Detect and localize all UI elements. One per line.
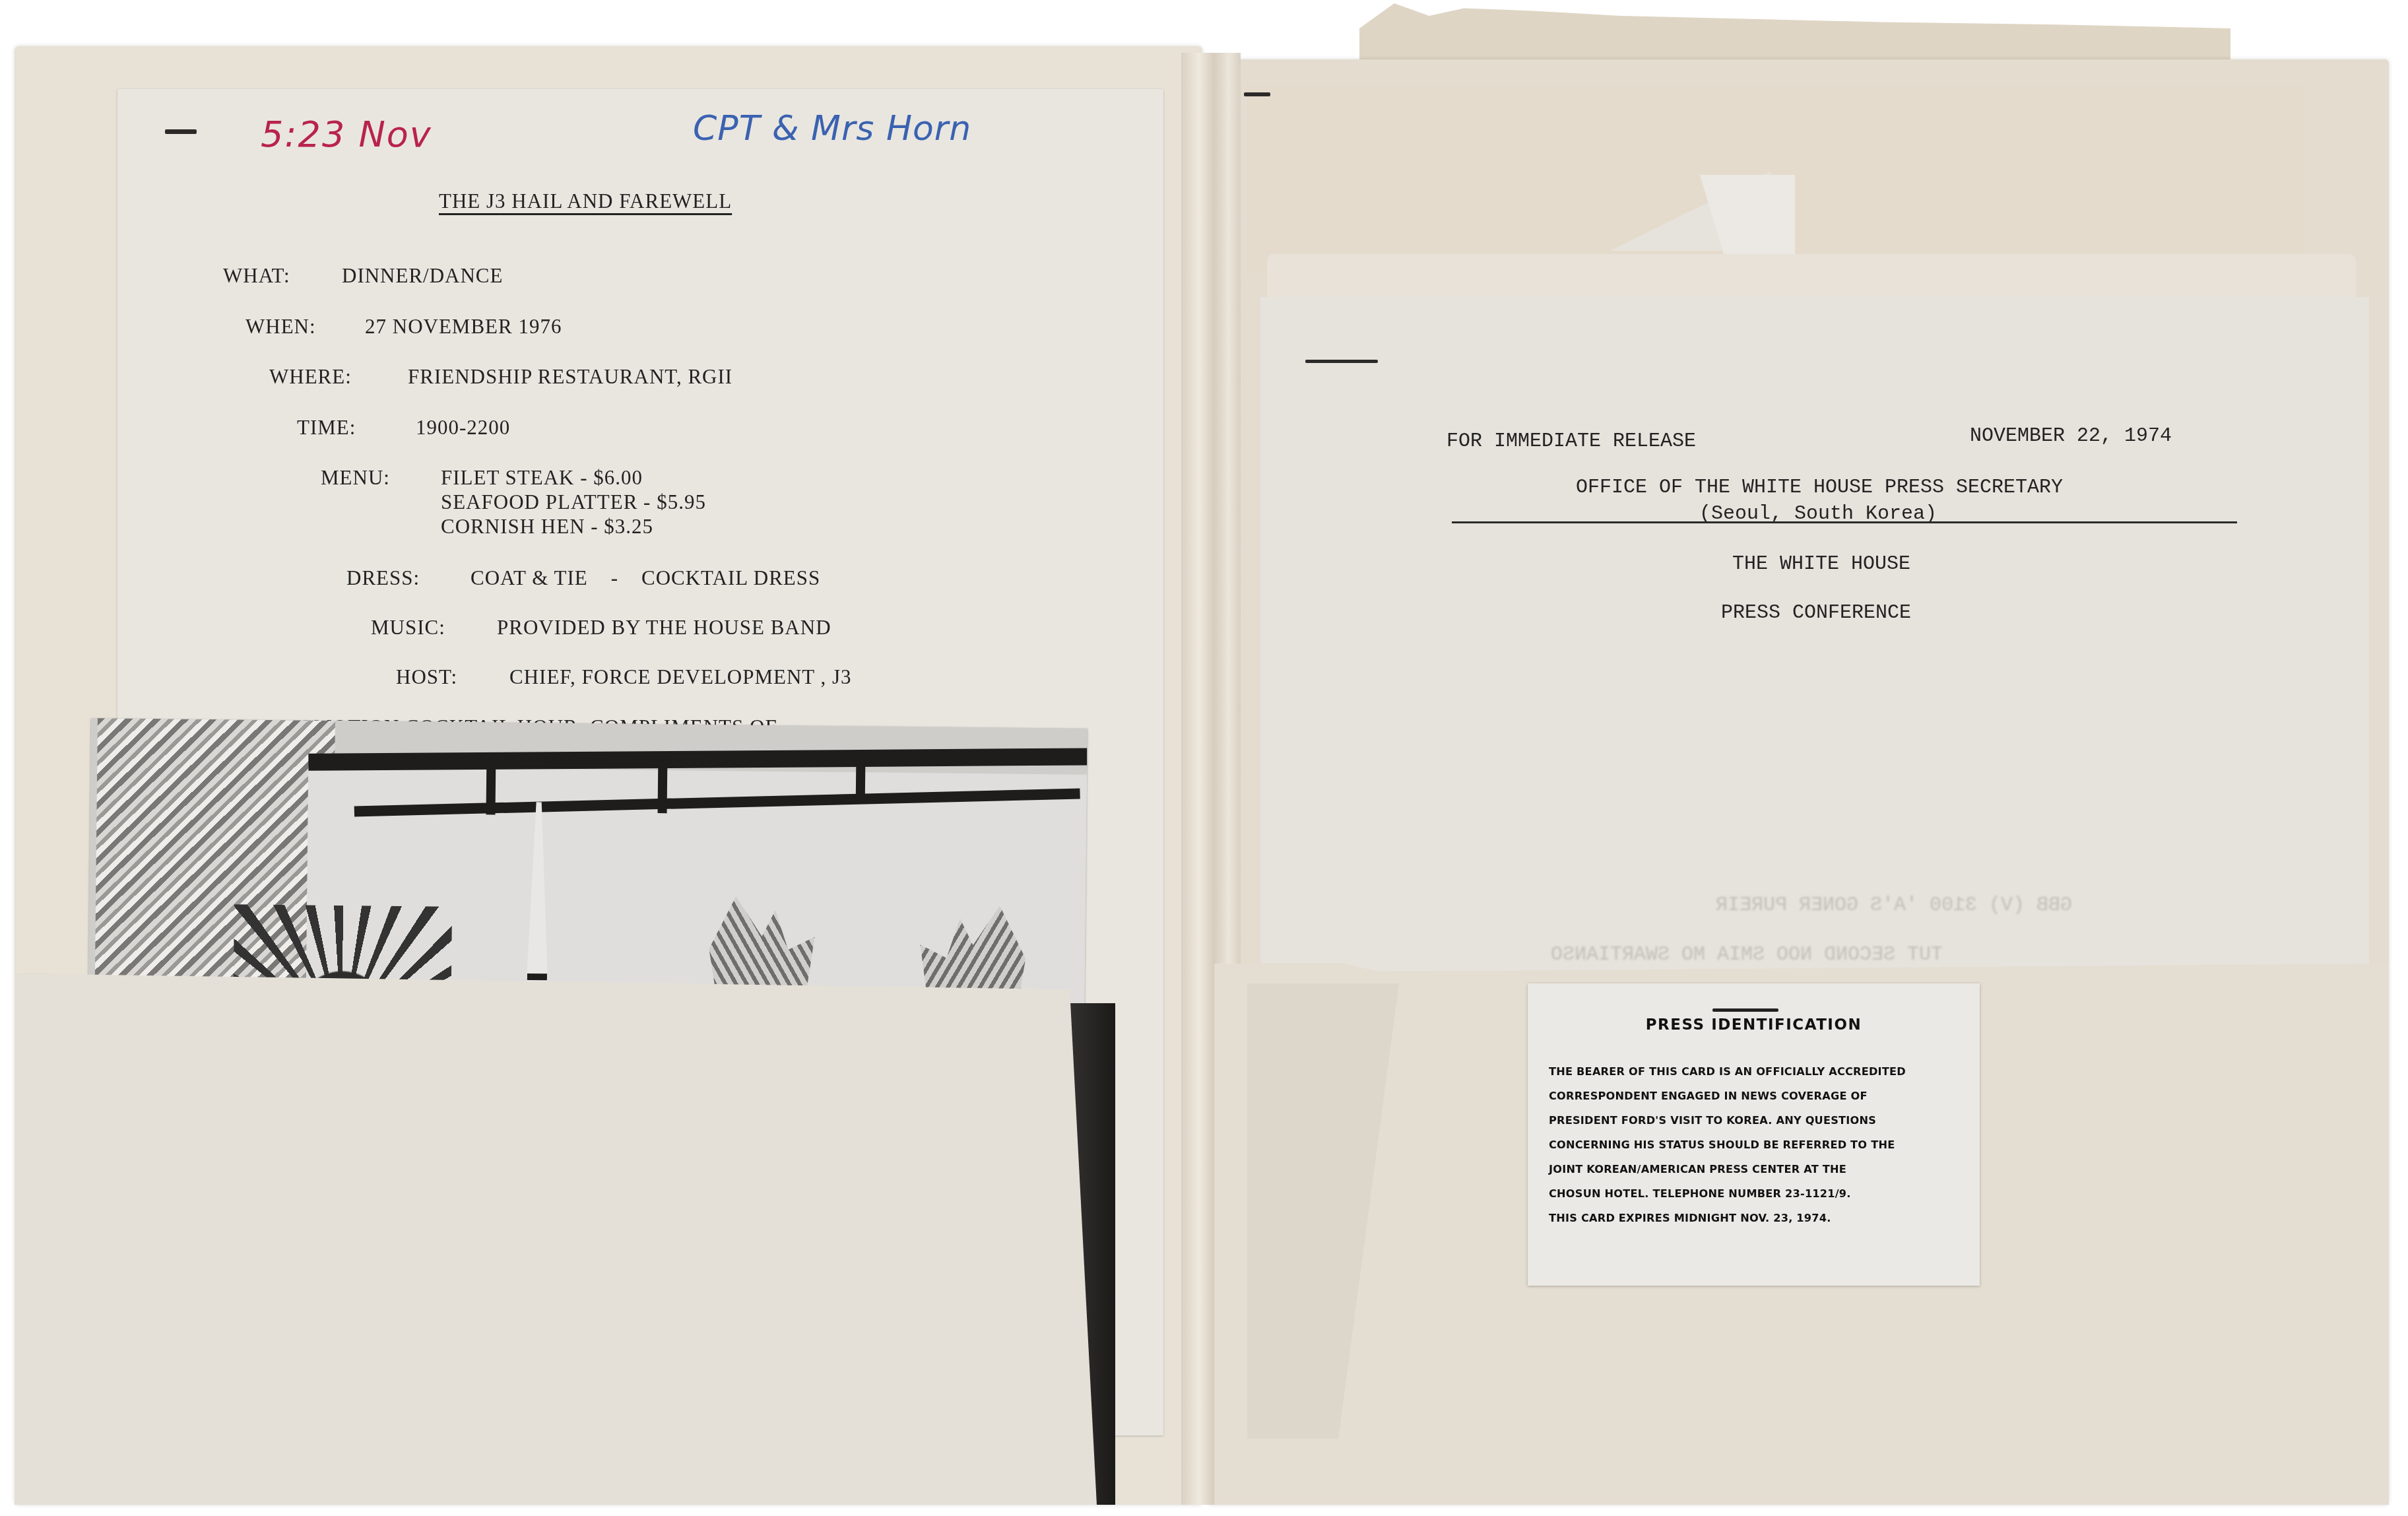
field-label-what: WHAT: — [223, 264, 290, 288]
field-value-music: PROVIDED BY THE HOUSE BAND — [497, 616, 831, 640]
field-label-when: WHEN: — [245, 315, 316, 339]
release-date: NOVEMBER 22, 1974 — [1970, 425, 2172, 447]
menu-item: CORNISH HEN - $3.25 — [441, 515, 653, 539]
field-value-dress: COAT & TIE - COCKTAIL DRESS — [471, 566, 820, 590]
menu-item: SEAFOOD PLATTER - $5.95 — [441, 490, 706, 514]
release-doc-type: PRESS CONFERENCE — [1721, 602, 1911, 624]
press-identification-card: PRESS IDENTIFICATION THE BEARER OF THIS … — [1528, 983, 1980, 1286]
field-value-what: DINNER/DANCE — [342, 264, 504, 288]
flag-trigram — [527, 973, 547, 980]
screen-frame — [486, 762, 496, 814]
card-line: JOINT KOREAN/AMERICAN PRESS CENTER AT TH… — [1549, 1157, 1965, 1181]
card-line: THE BEARER OF THIS CARD IS AN OFFICIALLY… — [1549, 1059, 1965, 1084]
field-label-where: WHERE: — [269, 365, 352, 389]
field-label-host: HOST: — [396, 665, 457, 689]
field-label-time: TIME: — [297, 416, 356, 440]
screen-frame — [856, 759, 866, 799]
card-title: PRESS IDENTIFICATION — [1528, 1016, 1980, 1034]
staple-mark — [1305, 360, 1378, 363]
field-value-host: CHIEF, FORCE DEVELOPMENT , J3 — [509, 665, 852, 689]
field-label-menu: MENU: — [321, 466, 390, 490]
staple-mark — [1244, 92, 1270, 96]
field-value-where: FRIENDSHIP RESTAURANT, RGII — [408, 365, 732, 389]
release-label: FOR IMMEDIATE RELEASE — [1447, 430, 1696, 453]
field-label-dress: DRESS: — [346, 566, 420, 590]
card-line: PRESIDENT FORD'S VISIT TO KOREA. ANY QUE… — [1549, 1108, 1965, 1133]
bleed-through-text: TUT SECOND NOO SMIA MO SWARTIANSO — [1551, 944, 1943, 966]
card-body: THE BEARER OF THIS CARD IS AN OFFICIALLY… — [1549, 1059, 1965, 1230]
card-line: THIS CARD EXPIRES MIDNIGHT NOV. 23, 1974… — [1549, 1206, 1965, 1230]
menu-item: FILET STEAK - $6.00 — [441, 466, 643, 490]
release-divider — [1452, 521, 2237, 523]
release-office: OFFICE OF THE WHITE HOUSE PRESS SECRETAR… — [1576, 477, 2063, 499]
handwritten-name-note: CPT & Mrs Horn — [693, 109, 971, 148]
handwritten-date-note: 5:23 Nov — [261, 114, 432, 155]
screen-frame — [308, 748, 1087, 771]
screen-frame — [658, 760, 668, 813]
card-line: CORRESPONDENT ENGAGED IN NEWS COVERAGE O… — [1549, 1084, 1965, 1108]
release-org: THE WHITE HOUSE — [1732, 553, 1910, 576]
card-line: CONCERNING HIS STATUS SHOULD BE REFERRED… — [1549, 1133, 1965, 1157]
card-tab-mark — [1712, 1008, 1778, 1012]
field-label-music: MUSIC: — [371, 616, 445, 640]
folder-torn-edge — [1359, 3, 2230, 66]
folder-left-pocket — [15, 973, 1097, 1505]
bleed-through-text: GBB (V) 3100 'A'S GONER PUREIR — [1716, 894, 2072, 917]
field-value-when: 27 NOVEMBER 1976 — [365, 315, 562, 339]
field-value-time: 1900-2200 — [416, 416, 510, 440]
memo-title: THE J3 HAIL AND FAREWELL — [439, 189, 732, 213]
staple-mark — [165, 129, 197, 134]
card-line: CHOSUN HOTEL. TELEPHONE NUMBER 23-1121/9… — [1549, 1181, 1965, 1206]
